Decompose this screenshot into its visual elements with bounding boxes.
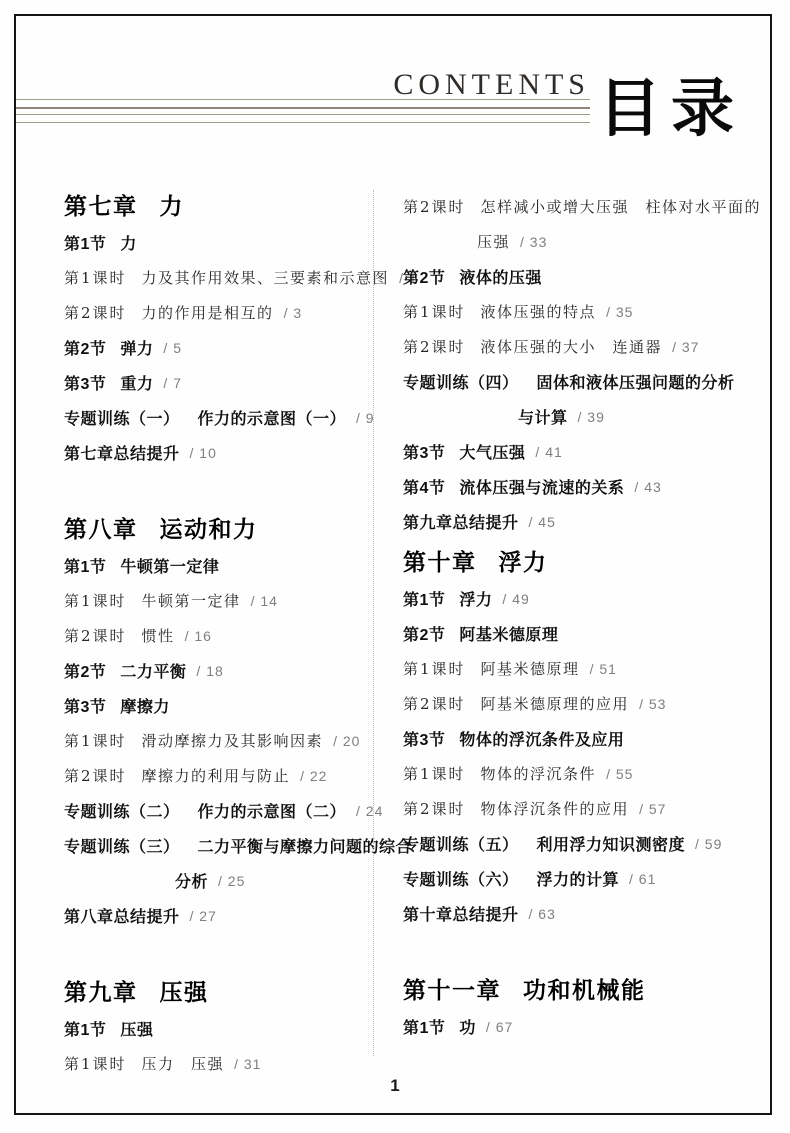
column-divider <box>373 190 374 1056</box>
toc-entry-lesson: 第1课时牛顿第一定律/ 14 <box>64 583 372 618</box>
entry-number: 第2节 <box>403 622 445 645</box>
entry-number: 第八章 <box>64 511 138 544</box>
entry-title: 二力平衡 <box>120 659 186 682</box>
entry-title: 浮力的计算 <box>537 867 620 890</box>
toc-column-right: 第2课时怎样减小或增大压强 柱体对水平面的压强/ 33第2节液体的压强第1课时液… <box>403 189 759 1044</box>
entry-title: 液体压强的大小 连通器 <box>481 336 663 357</box>
entry-page-ref: / 27 <box>190 908 217 924</box>
entry-number: 第3节 <box>403 440 445 463</box>
entry-title: 滑动摩擦力及其影响因素 <box>142 730 324 751</box>
entry-number: 第1节 <box>403 587 445 610</box>
entry-title: 力 <box>120 231 137 254</box>
entry-title: 牛顿第一定律 <box>120 554 219 577</box>
entry-title: 第九章总结提升 <box>403 510 519 533</box>
entry-title: 压强 <box>477 231 510 252</box>
entry-title: 惯性 <box>142 625 175 646</box>
page-title: 目录 <box>598 58 744 149</box>
entry-page-ref: / 9 <box>356 410 375 426</box>
entry-number: 第2课时 <box>64 302 127 323</box>
entry-number: 第3节 <box>64 371 106 394</box>
entry-page-ref: / 49 <box>502 591 529 607</box>
toc-entry-lesson: 第1课时液体压强的特点/ 35 <box>403 294 759 329</box>
entry-number: 专题训练（五） <box>403 832 519 855</box>
toc-entry-section: 第1节压强 <box>64 1011 372 1046</box>
entry-number: 第2节 <box>403 265 445 288</box>
entry-number: 专题训练（三） <box>64 834 180 857</box>
toc-entry-lesson: 第2课时液体压强的大小 连通器/ 37 <box>403 329 759 364</box>
entry-title: 第十章总结提升 <box>403 902 519 925</box>
entry-title: 功和机械能 <box>523 972 646 1005</box>
entry-number: 第2节 <box>64 336 106 359</box>
entry-number: 第4节 <box>403 475 445 498</box>
entry-title: 阿基米德原理 <box>481 658 580 679</box>
entry-title: 物体浮沉条件的应用 <box>481 798 630 819</box>
toc-entry-lesson: 第2课时物体浮沉条件的应用/ 57 <box>403 791 759 826</box>
contents-heading: CONTENTS <box>300 68 590 102</box>
entry-number: 第1课时 <box>403 658 466 679</box>
entry-number: 第2课时 <box>403 693 466 714</box>
entry-number: 第1节 <box>403 1015 445 1038</box>
entry-title: 压强 <box>120 1017 153 1040</box>
entry-number: 第1课时 <box>403 301 466 322</box>
entry-page-ref: / 5 <box>163 340 182 356</box>
entry-title: 压力 压强 <box>142 1053 225 1074</box>
toc-entry-special: 专题训练（四）固体和液体压强问题的分析 <box>403 364 759 399</box>
entry-title: 流体压强与流速的关系 <box>459 475 624 498</box>
entry-page-ref: / 14 <box>251 593 278 609</box>
entry-number: 专题训练（四） <box>403 370 519 393</box>
entry-page-ref: / 67 <box>486 1019 513 1035</box>
toc-entry-lesson: 第1课时阿基米德原理/ 51 <box>403 651 759 686</box>
toc-entry-chapter: 第十一章功和机械能 <box>403 967 759 1009</box>
toc-entry-section: 第4节流体压强与流速的关系/ 43 <box>403 469 759 504</box>
toc-entry-summary: 第九章总结提升/ 45 <box>403 504 759 539</box>
entry-title: 作力的示意图（二） <box>198 799 347 822</box>
entry-number: 第1课时 <box>64 267 127 288</box>
entry-number: 第1课时 <box>64 730 127 751</box>
entry-title: 液体压强的特点 <box>481 301 597 322</box>
entry-title: 怎样减小或增大压强 柱体对水平面的 <box>481 196 762 217</box>
entry-number: 第3节 <box>403 727 445 750</box>
toc-entry-lesson: 第2课时惯性/ 16 <box>64 618 372 653</box>
toc-entry-special: 专题训练（三）二力平衡与摩擦力问题的综合 <box>64 828 372 863</box>
toc-entry-continuation: 与计算/ 39 <box>403 399 759 434</box>
entry-title: 液体的压强 <box>459 265 542 288</box>
entry-number: 第1课时 <box>64 1053 127 1074</box>
toc-entry-chapter: 第十章浮力 <box>403 539 759 581</box>
toc-entry-summary: 第七章总结提升/ 10 <box>64 435 372 470</box>
entry-page-ref: / 57 <box>639 801 666 817</box>
toc-entry-section: 第1节浮力/ 49 <box>403 581 759 616</box>
toc-entry-lesson: 第1课时力及其作用效果、三要素和示意图/ 1 <box>64 260 372 295</box>
entry-page-ref: / 53 <box>639 696 666 712</box>
entry-page-ref: / 41 <box>535 444 562 460</box>
toc-entry-chapter: 第九章压强 <box>64 969 372 1011</box>
toc-entry-section: 第2节液体的压强 <box>403 259 759 294</box>
toc-entry-section: 第2节二力平衡/ 18 <box>64 653 372 688</box>
entry-number: 专题训练（一） <box>64 406 180 429</box>
toc-entry-chapter: 第八章运动和力 <box>64 506 372 548</box>
toc-entry-summary: 第八章总结提升/ 27 <box>64 898 372 933</box>
toc-entry-section: 第3节大气压强/ 41 <box>403 434 759 469</box>
toc-entry-section: 第1节牛顿第一定律 <box>64 548 372 583</box>
toc-entry-section: 第1节功/ 67 <box>403 1009 759 1044</box>
toc-entry-continuation: 压强/ 33 <box>403 224 759 259</box>
entry-number: 第1节 <box>64 554 106 577</box>
page-number: 1 <box>0 1076 790 1096</box>
entry-page-ref: / 33 <box>520 234 547 250</box>
entry-page-ref: / 61 <box>629 871 656 887</box>
entry-number: 专题训练（六） <box>403 867 519 890</box>
entry-title: 功 <box>459 1015 476 1038</box>
entry-title: 与计算 <box>518 405 568 428</box>
entry-page-ref: / 45 <box>529 514 556 530</box>
entry-title: 浮力 <box>459 587 492 610</box>
entry-page-ref: / 43 <box>634 479 661 495</box>
toc-entry-lesson: 第1课时滑动摩擦力及其影响因素/ 20 <box>64 723 372 758</box>
entry-number: 第2课时 <box>403 336 466 357</box>
entry-number: 第1课时 <box>64 590 127 611</box>
entry-page-ref: / 39 <box>578 409 605 425</box>
entry-page-ref: / 59 <box>695 836 722 852</box>
entry-title: 固体和液体压强问题的分析 <box>537 370 735 393</box>
entry-title: 二力平衡与摩擦力问题的综合 <box>198 834 413 857</box>
entry-title: 阿基米德原理的应用 <box>481 693 630 714</box>
entry-page-ref: / 3 <box>284 305 303 321</box>
toc-entry-special: 专题训练（二）作力的示意图（二）/ 24 <box>64 793 372 828</box>
entry-title: 牛顿第一定律 <box>142 590 241 611</box>
entry-number: 第1节 <box>64 1017 106 1040</box>
entry-number: 第2课时 <box>64 765 127 786</box>
entry-page-ref: / 16 <box>185 628 212 644</box>
entry-page-ref: / 24 <box>356 803 383 819</box>
entry-title: 利用浮力知识测密度 <box>537 832 686 855</box>
entry-number: 第十一章 <box>403 972 501 1005</box>
entry-page-ref: / 63 <box>529 906 556 922</box>
entry-title: 摩擦力 <box>120 694 170 717</box>
toc-entry-lesson: 第2课时力的作用是相互的/ 3 <box>64 295 372 330</box>
entry-title: 浮力 <box>499 544 548 577</box>
toc-entry-lesson: 第2课时摩擦力的利用与防止/ 22 <box>64 758 372 793</box>
toc-entry-section: 第3节重力/ 7 <box>64 365 372 400</box>
entry-title: 摩擦力的利用与防止 <box>142 765 291 786</box>
entry-title: 第七章总结提升 <box>64 441 180 464</box>
toc-entry-section: 第3节物体的浮沉条件及应用 <box>403 721 759 756</box>
toc-entry-special: 专题训练（五）利用浮力知识测密度/ 59 <box>403 826 759 861</box>
header-rule-3 <box>16 114 590 115</box>
entry-title: 力 <box>160 188 185 221</box>
toc-entry-summary: 第十章总结提升/ 63 <box>403 896 759 931</box>
toc-entry-lesson: 第1课时物体的浮沉条件/ 55 <box>403 756 759 791</box>
entry-number: 第1课时 <box>403 763 466 784</box>
toc-entry-special: 专题训练（六）浮力的计算/ 61 <box>403 861 759 896</box>
entry-page-ref: / 20 <box>333 733 360 749</box>
toc-entry-section: 第3节摩擦力 <box>64 688 372 723</box>
entry-number: 第七章 <box>64 188 138 221</box>
entry-page-ref: / 22 <box>300 768 327 784</box>
toc-entry-section: 第2节阿基米德原理 <box>403 616 759 651</box>
entry-page-ref: / 7 <box>163 375 182 391</box>
entry-page-ref: / 10 <box>190 445 217 461</box>
toc-entry-continuation: 分析/ 25 <box>64 863 372 898</box>
entry-number: 第2节 <box>64 659 106 682</box>
entry-number: 第2课时 <box>403 798 466 819</box>
entry-page-ref: / 31 <box>234 1056 261 1072</box>
header-rule-4 <box>16 122 590 123</box>
entry-title: 力的作用是相互的 <box>142 302 274 323</box>
toc-entry-special: 专题训练（一）作力的示意图（一）/ 9 <box>64 400 372 435</box>
entry-title: 分析 <box>175 869 208 892</box>
entry-page-ref: / 51 <box>590 661 617 677</box>
entry-page-ref: / 35 <box>606 304 633 320</box>
entry-page-ref: / 55 <box>606 766 633 782</box>
entry-title: 物体的浮沉条件 <box>481 763 597 784</box>
entry-title: 物体的浮沉条件及应用 <box>459 727 624 750</box>
entry-number: 第九章 <box>64 974 138 1007</box>
entry-title: 压强 <box>160 974 209 1007</box>
entry-number: 第3节 <box>64 694 106 717</box>
entry-number: 第1节 <box>64 231 106 254</box>
entry-number: 第2课时 <box>403 196 466 217</box>
toc-column-left: 第七章力第1节力第1课时力及其作用效果、三要素和示意图/ 1第2课时力的作用是相… <box>64 183 372 1081</box>
entry-page-ref: / 18 <box>196 663 223 679</box>
toc-page: CONTENTS 目录 第七章力第1节力第1课时力及其作用效果、三要素和示意图/… <box>0 0 790 1133</box>
entry-title: 大气压强 <box>459 440 525 463</box>
entry-title: 力及其作用效果、三要素和示意图 <box>142 267 390 288</box>
header-rule-2 <box>16 107 590 109</box>
entry-number: 专题训练（二） <box>64 799 180 822</box>
toc-entry-lesson: 第2课时怎样减小或增大压强 柱体对水平面的 <box>403 189 759 224</box>
entry-title: 阿基米德原理 <box>459 622 558 645</box>
entry-number: 第十章 <box>403 544 477 577</box>
entry-title: 运动和力 <box>160 511 258 544</box>
entry-page-ref: / 37 <box>672 339 699 355</box>
entry-page-ref: / 25 <box>218 873 245 889</box>
entry-title: 第八章总结提升 <box>64 904 180 927</box>
toc-entry-lesson: 第2课时阿基米德原理的应用/ 53 <box>403 686 759 721</box>
toc-entry-chapter: 第七章力 <box>64 183 372 225</box>
entry-title: 重力 <box>120 371 153 394</box>
toc-entry-section: 第2节弹力/ 5 <box>64 330 372 365</box>
toc-entry-section: 第1节力 <box>64 225 372 260</box>
entry-title: 弹力 <box>120 336 153 359</box>
entry-number: 第2课时 <box>64 625 127 646</box>
entry-title: 作力的示意图（一） <box>198 406 347 429</box>
